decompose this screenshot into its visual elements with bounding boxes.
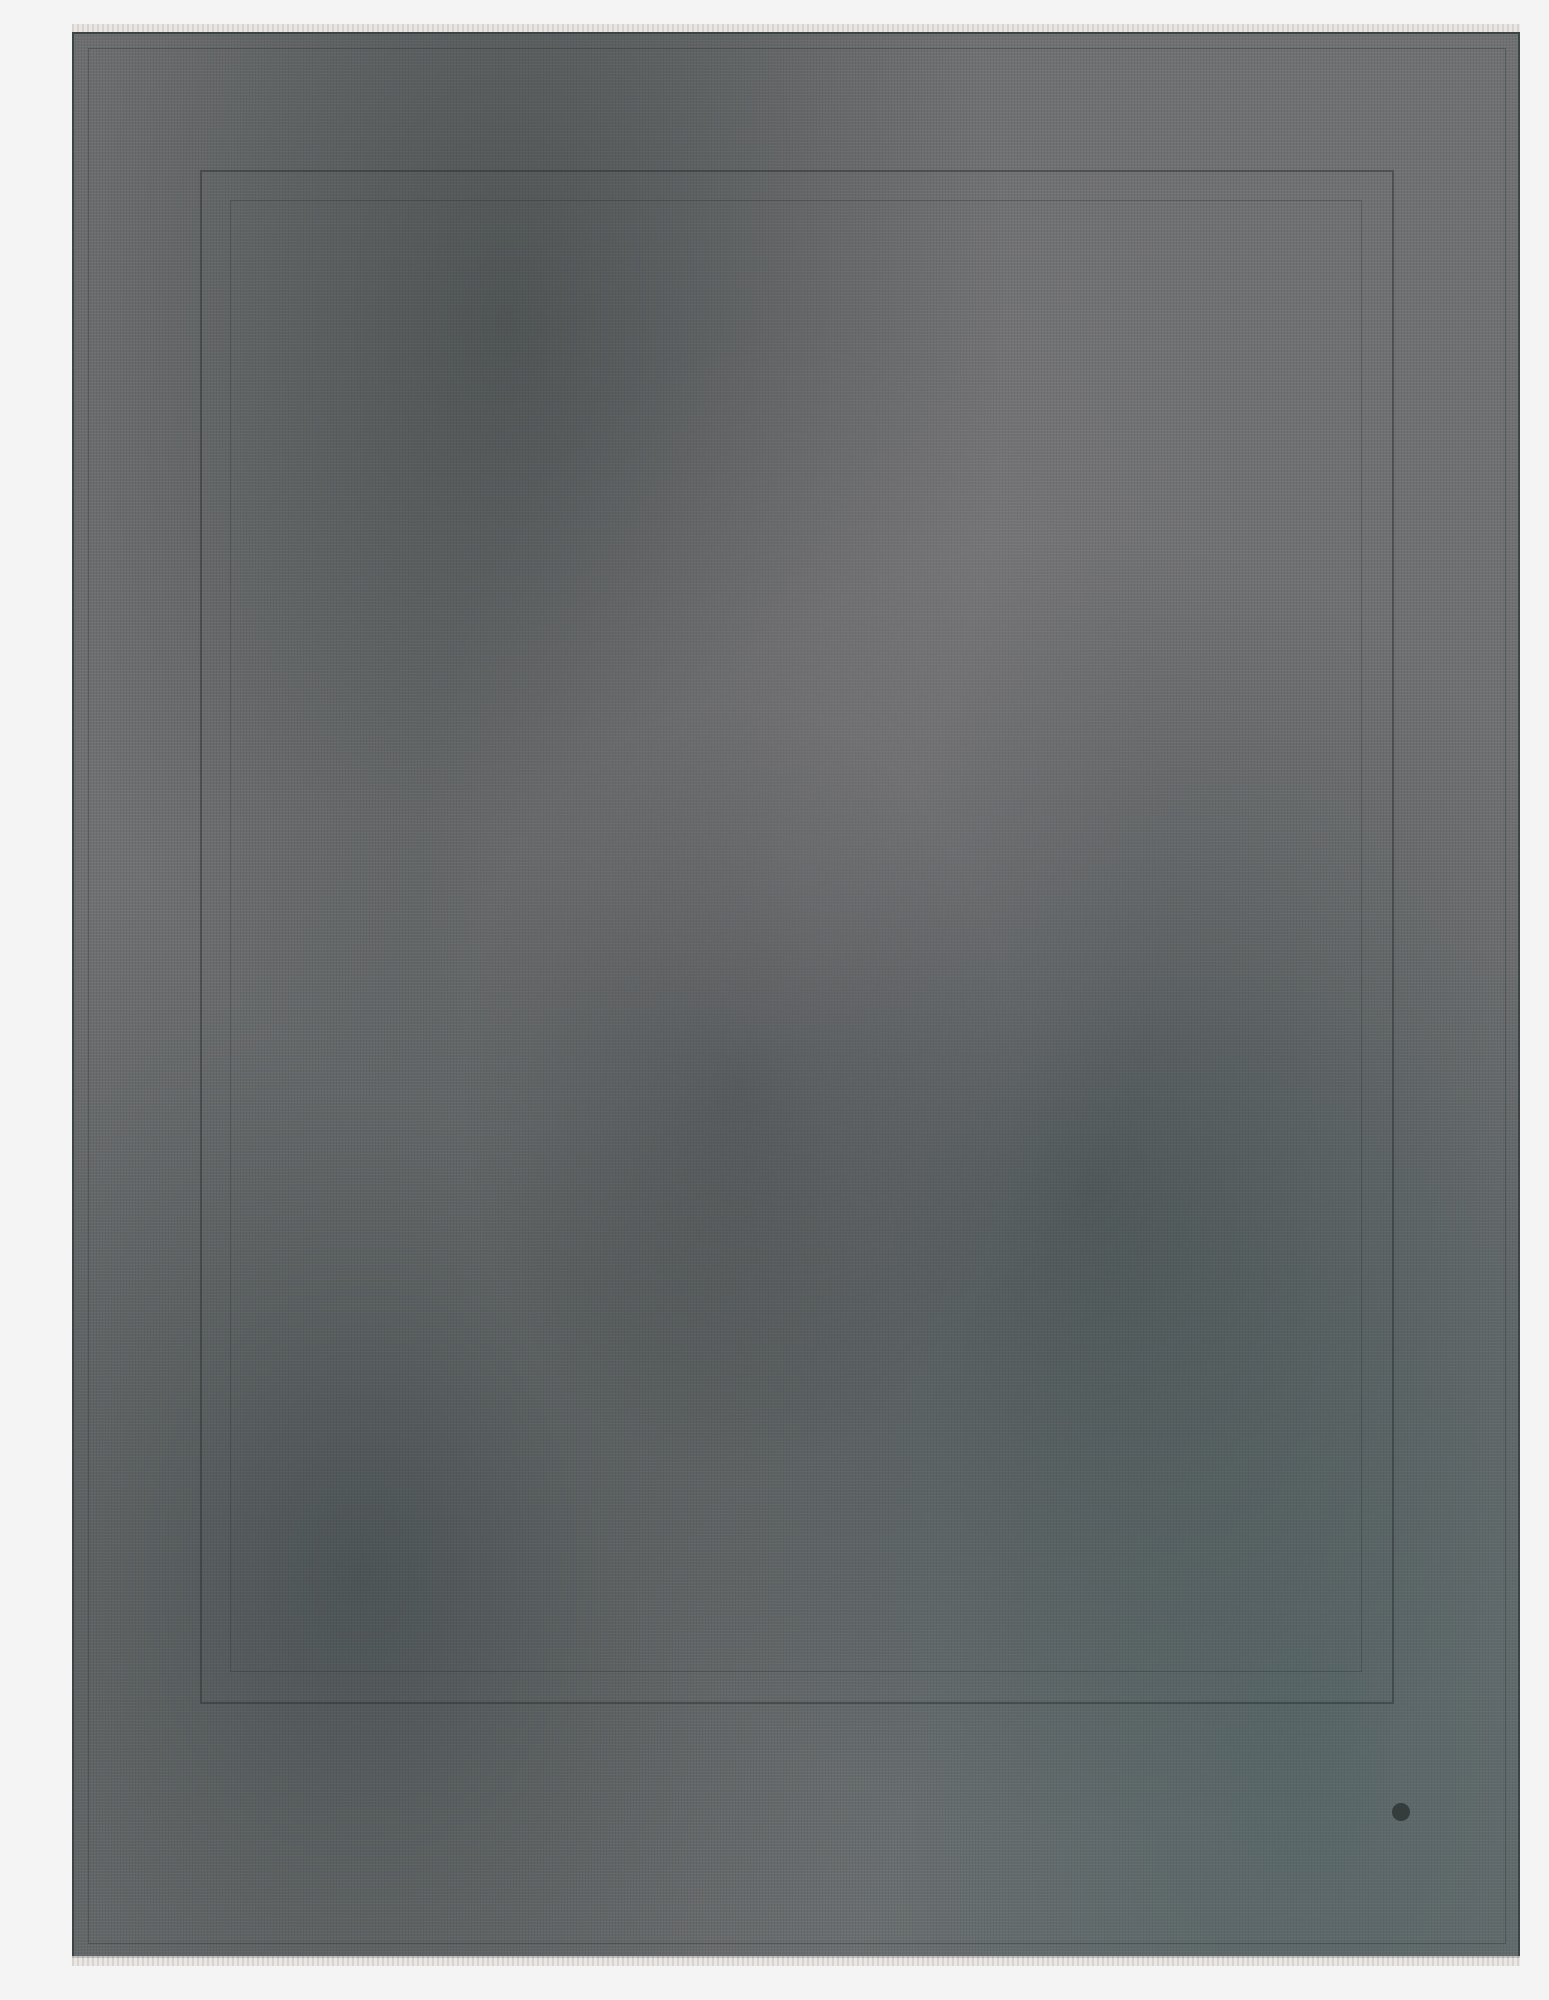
rug-stain-spot	[1392, 1803, 1410, 1821]
rug-inner-guard-border	[230, 200, 1362, 1672]
bottom-fringe	[72, 1956, 1520, 1966]
